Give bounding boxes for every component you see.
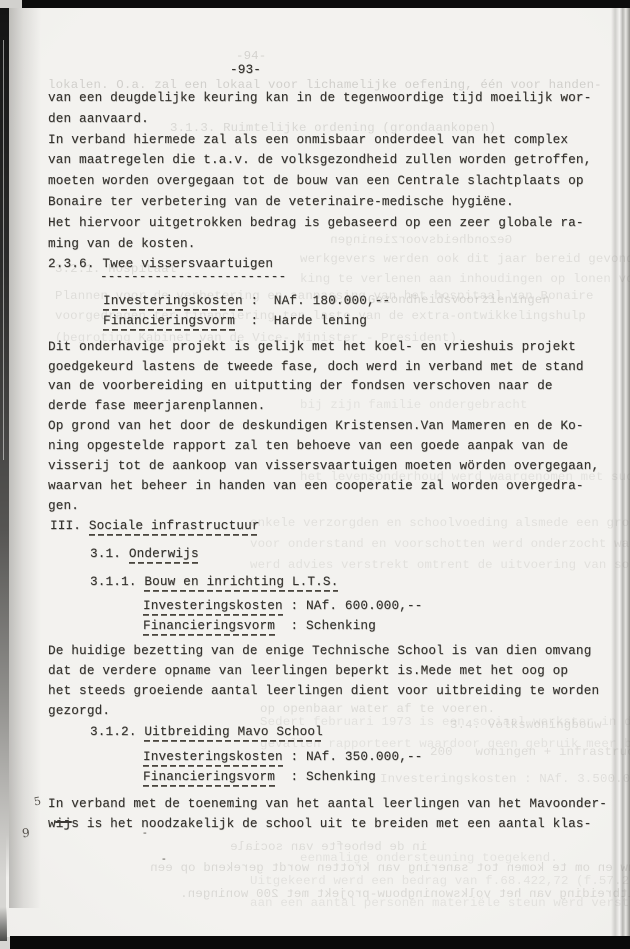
text-line: Investeringskosten : NAf. 350.000,-- [143,750,423,764]
text-line: Bonaire ter verbetering van de veterinai… [48,195,514,209]
text-line: visserij tot de aankoop van vissersvaart… [48,459,599,473]
scan-edge-bottom [10,936,630,949]
bleed-line: bij zijn familie ondergebracht [300,398,528,412]
bleed-line: king te verlenen aan inhoudingen op lone… [300,272,630,286]
bleed-line: enkele verzorgden en schoolvoeding alsme… [250,516,630,530]
bleed-line: werkgevers werden ook dit jaar bereid ge… [300,252,630,266]
text-line: In verband hiermede zal als een onmisbaa… [48,133,568,147]
text-line: van maatregelen die t.a.v. de volksgezon… [48,153,591,167]
text-line: Investeringskosten : NAf. 180.000,-- [103,294,390,308]
text-line: gen. [48,499,79,513]
text-line: ning opgestelde rapport zal ten behoeve … [48,439,568,453]
heading-III: III. Sociale infrastructuur [50,519,260,533]
text-line: In verband met de toeneming van het aant… [48,797,607,811]
text-line: Op grond van het door de deskundigen Kri… [48,419,584,433]
text-line: Financieringsvorm : Schenking [143,619,376,633]
spine-highlight [3,40,4,460]
text-line: moeten worden overgegaan tot de bouw van… [48,174,584,188]
scan-edge-top [22,0,630,8]
text-line: ming van de kosten. [48,237,196,251]
pen-mark: 9 [21,826,30,841]
text-line: dat de verdere opname van leerlingen bep… [48,664,568,678]
binding-gutter-shadow [9,8,41,908]
bleed-line: Uitgekeerd werd een bedrag van f.68.422,… [250,874,630,888]
text-line: van een deugdelijke keuring kan in de te… [48,91,591,105]
heading-3-1: 3.1. Onderwijs [90,547,199,561]
text-line: Financieringsvorm : Harde lening [103,314,367,328]
bleed-line: eenmalige ondersteuning toegekend. [300,851,558,865]
text-line: waarvan het beheer in handen van een coo… [48,479,584,493]
bleed-line: voor onderstand en voorschotten werd ond… [250,537,630,551]
scan-edge-corner [0,907,7,941]
bleed-line: aan een aantal personen materiële steun … [250,896,630,910]
text-line: derde fase meerjarenplannen. [48,399,265,413]
overstrike-mark [55,821,72,823]
text-line: van de voorbereiding en uitputting der f… [48,379,553,393]
text-line: den aanvaard. [48,112,149,126]
text-line: Investeringskosten : NAf. 600.000,-- [143,599,423,613]
heading-underline-row: ------------------------ [100,270,286,284]
scanned-page: -94-lokalen. O.a. zal een lokaal voor li… [0,0,630,949]
text-line: goedgekeurd lastens de tweede fase, doch… [48,360,584,374]
text-line: Het hiervoor uitgetrokken bedrag is geba… [48,216,584,230]
text-line: het steeds groeiende aantal leerlingen d… [48,684,599,698]
text-line: wijs is het noodzakelijk de school uit t… [48,817,591,831]
book-spine-shadow [0,8,9,878]
heading-3-1-1: 3.1.1. Bouw en inrichting L.T.S. [90,575,338,589]
pen-mark: - [162,852,166,865]
scan-edge-top-left [0,0,22,8]
bleed-line: werd advies verstrekt omtrent de uitvoer… [250,558,630,572]
text-line: De huidige bezetting van de enige Techni… [48,644,591,658]
text-line: Financieringsvorm : Schenking [143,770,376,784]
pen-mark: - [143,826,147,839]
bleed-line: op openbaar water af te voeren. [260,702,495,716]
text-line: gezorgd. [48,704,110,718]
heading-3-1-2: 3.1.2. Uitbreiding Mavo School [90,725,323,739]
bleed-line: Gezondheidsvoorzieningen [330,233,512,247]
bleed-line: Investeringskosten : NAf. 3.500.000,-- [380,772,630,786]
page-number: -93- [230,63,261,77]
bleed-line: -94- [236,49,266,63]
text-line: Dit onderhavige projekt is gelijk met he… [48,340,576,354]
